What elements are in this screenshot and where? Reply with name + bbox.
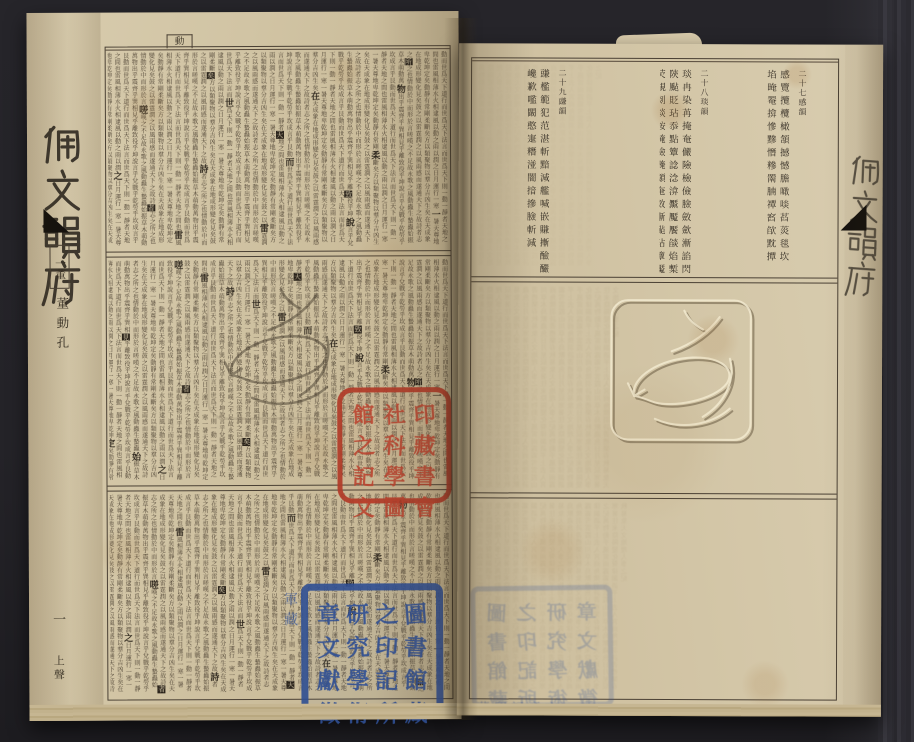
red-collection-seal: 印藏書會社科學圖館之記文	[337, 387, 452, 503]
blue-seal-glyphs: 圖書館藏之印記所研究學術章文獻徵	[308, 590, 437, 711]
index-group: 二十九豏韻 豏檻範犯范湛斬黯減艦喊嵌賺摲醶釅巉歉嚂闞憨寁糣湴闇揞摻臉斬減	[525, 68, 584, 277]
rhyme-tab: 一董	[49, 245, 69, 289]
index-heading: 二十八琰韻	[698, 69, 726, 277]
right-page: 萬物動乎風雷雨露霜雪雲霞山川草木鳥獸蟲魚日月星辰寒暑往來陰陽變化聲律韻語平上去入…	[457, 43, 883, 716]
emboss-stamp-icon	[200, 270, 357, 429]
left-page: 一董 董動孔 一 上聲 動 動而世爲天下道行而世爲天下法言而世爲天下則一動一靜者…	[26, 11, 461, 721]
index-characters: 琰冉染苒掩奄儼險檢儉臉斂歛漸諂閃陝颭貶玷忝點簟諗淰渰黶魘饜燄焰槧芡覘剡掞垵裺噞黤…	[659, 69, 696, 278]
index-band: 萬物動乎風雷雨露霜雪雲霞山川草木鳥獸蟲魚日月星辰寒暑往來陰陽變化聲律韻語平上去入…	[473, 60, 836, 277]
index-group: 二十七感韻 感覽攬欖橄頷撼憾膽噉啖萏菼毯坎埳晻罨揜慘黲憯糝罱腩禫窞欿黕撢倓僋毿穇…	[765, 69, 824, 275]
page-edge-strip	[457, 703, 881, 716]
gutter-shadow	[444, 18, 478, 720]
tone-label: 上聲	[50, 655, 66, 705]
blue-seal-overflow-glyphs: 軍藏	[283, 592, 301, 712]
index-heading: 二十七感韻	[796, 69, 824, 275]
book-scan: 一董 董動孔 一 上聲 動 動而世爲天下道行而世爲天下法言而世爲天下則一動一靜者…	[0, 0, 914, 742]
text-band-top: 動而世爲天下道行而世爲天下法言而世爲天下則一動一靜者天地之間也雷風相薄水火相逮風…	[108, 48, 449, 251]
page-number: 一	[53, 609, 66, 628]
index-characters: 感覽攬欖橄頷撼憾膽噉啖萏菼毯坎埳晻罨揜慘黲憯糝罱腩禫窞欿黕撢倓僋毿穇湳婪壿襂顉坍…	[765, 69, 794, 275]
blue-seal-bleed-glyphs: 圖書館藏之印記所研究學術章文獻徵	[475, 590, 609, 704]
index-group: 二十八琰韻 琰冉染苒掩奄儼險檢儉臉斂歛漸諂閃陝颭貶玷忝點簟諗淰渰黶魘饜燄焰槧芡覘…	[659, 69, 726, 278]
red-seal-glyphs: 印藏書會社科學圖館之記文	[342, 392, 446, 498]
emboss-stamp-icon	[604, 292, 761, 451]
dense-text: 動而世爲天下道行而世爲天下法言而世爲天下則一動一靜者天地之間也雷風相薄水火相逮風…	[108, 48, 449, 251]
page-edge-strip	[29, 703, 461, 721]
margin-headwords: 董動孔	[53, 297, 71, 393]
blue-collection-seal: 圖書館藏之印記所研究學術章文獻徵	[301, 583, 444, 718]
blue-seal-bleed: 圖書館藏之印記所研究學術章文獻徵	[470, 585, 614, 709]
index-characters: 豏檻範犯范湛斬黯減艦喊嵌賺摲醶釅巉歉嚂闞憨寁糣湴闇揞摻臉斬減	[525, 68, 554, 277]
index-heading: 二十九豏韻	[556, 69, 584, 278]
